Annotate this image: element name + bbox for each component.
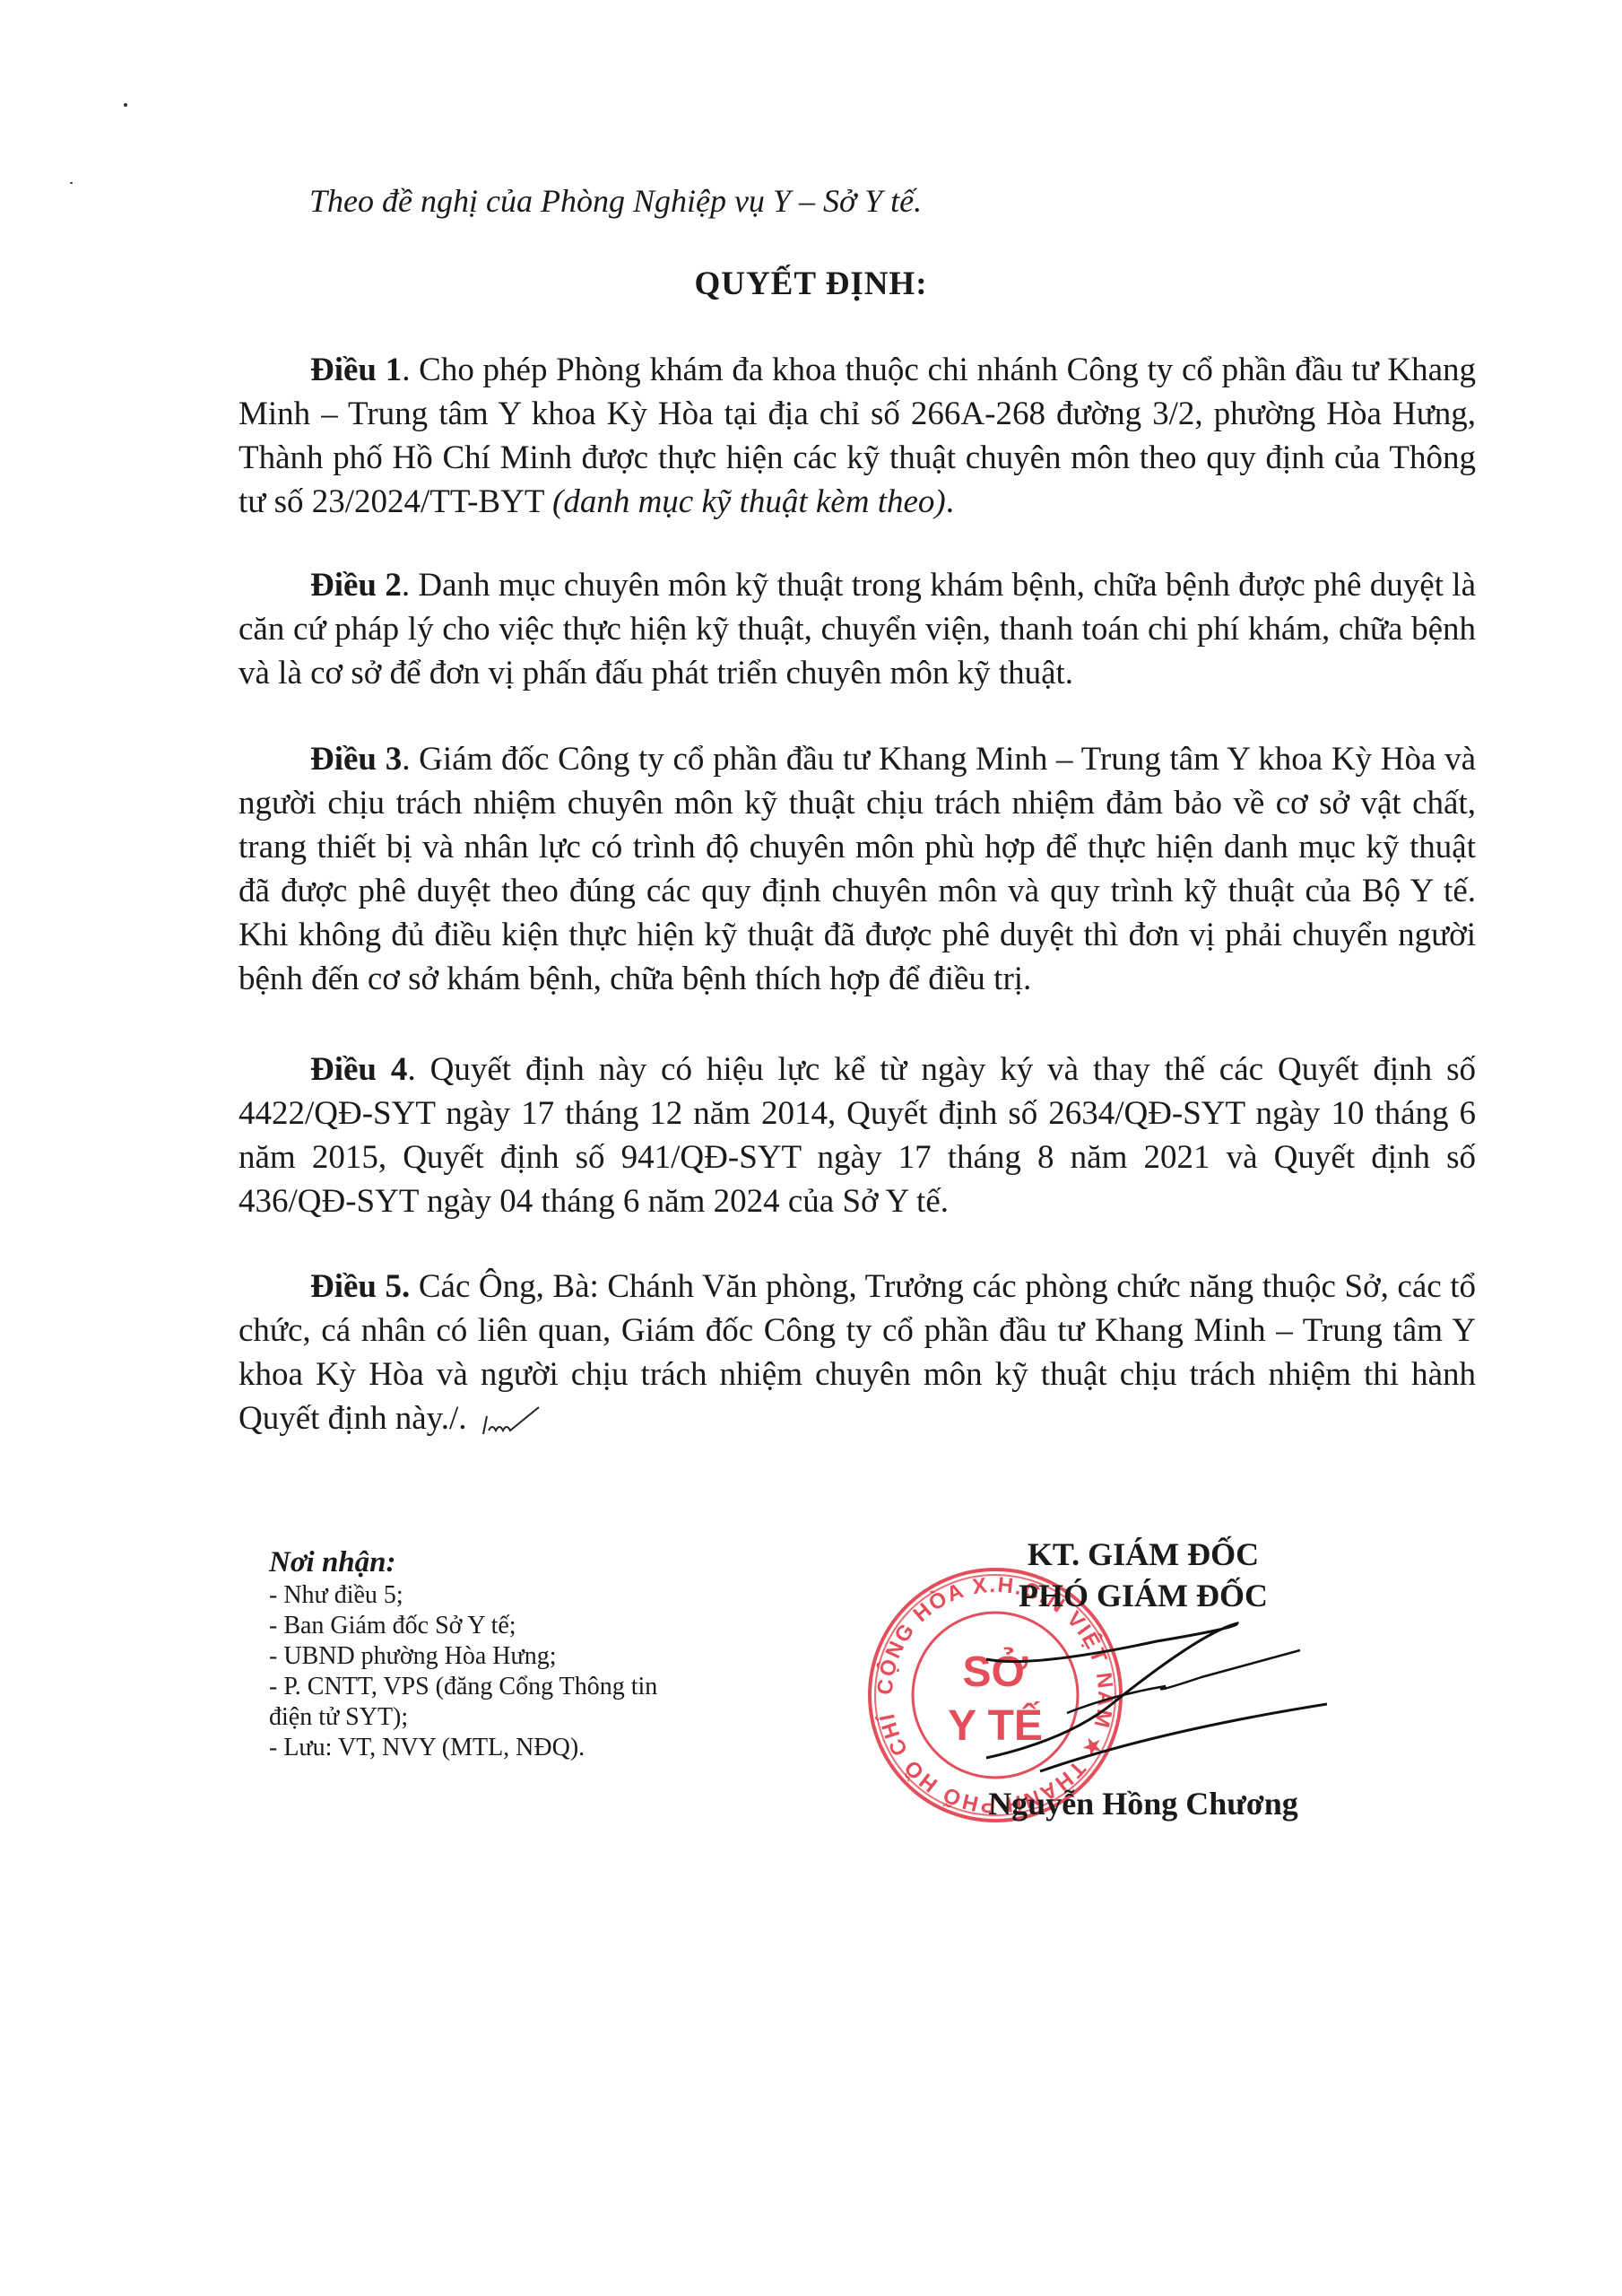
recipient-item: điện tử SYT); [269, 1702, 657, 1733]
initials-mark-icon [476, 1404, 548, 1439]
article-1: Điều 1. Cho phép Phòng khám đa khoa thuộ… [239, 348, 1476, 524]
article-label: Điều 2 [310, 567, 402, 604]
article-text: . Danh mục chuyên môn kỹ thuật trong khá… [239, 567, 1476, 691]
article-text: . Quyết định này có hiệu lực kể từ ngày … [239, 1051, 1476, 1220]
scan-speck [124, 103, 127, 107]
article-text: Các Ông, Bà: Chánh Văn phòng, Trưởng các… [239, 1268, 1476, 1437]
recipients-block: Nơi nhận: - Như điều 5; - Ban Giám đốc S… [269, 1544, 657, 1763]
article-label: Điều 4 [310, 1051, 407, 1088]
article-label: Điều 5. [310, 1268, 410, 1305]
article-note: (danh mục kỹ thuật kèm theo) [552, 483, 946, 520]
document-page: Theo đề nghị của Phòng Nghiệp vụ Y – Sở … [0, 0, 1622, 2296]
signature-title-block: KT. GIÁM ĐỐC PHÓ GIÁM ĐỐC [941, 1534, 1345, 1616]
article-4: Điều 4. Quyết định này có hiệu lực kể từ… [239, 1048, 1476, 1223]
article-label: Điều 3 [310, 741, 402, 778]
article-5: Điều 5. Các Ông, Bà: Chánh Văn phòng, Tr… [239, 1265, 1476, 1440]
signature-title-1: KT. GIÁM ĐỐC [941, 1534, 1345, 1575]
recipient-item: - P. CNTT, VPS (đăng Cổng Thông tin [269, 1672, 657, 1702]
scan-speck [70, 182, 73, 184]
article-3: Điều 3. Giám đốc Công ty cổ phần đầu tư … [239, 737, 1476, 1001]
signer-name: Nguyễn Hồng Chương [941, 1785, 1345, 1822]
article-text: . Giám đốc Công ty cổ phần đầu tư Khang … [239, 741, 1476, 997]
recipient-item: - Như điều 5; [269, 1580, 657, 1611]
recipient-item: - Lưu: VT, NVY (MTL, NĐQ). [269, 1733, 657, 1763]
handwritten-signature-icon [932, 1605, 1327, 1785]
recipients-title: Nơi nhận: [269, 1544, 657, 1580]
article-end: . [946, 483, 954, 520]
decision-heading: QUYẾT ĐỊNH: [0, 265, 1622, 303]
recipient-item: - Ban Giám đốc Sở Y tế; [269, 1611, 657, 1641]
article-label: Điều 1 [310, 352, 402, 388]
article-2: Điều 2. Danh mục chuyên môn kỹ thuật tro… [239, 563, 1476, 695]
recipient-item: - UBND phường Hòa Hưng; [269, 1641, 657, 1672]
intro-line: Theo đề nghị của Phòng Nghiệp vụ Y – Sở … [309, 182, 922, 220]
